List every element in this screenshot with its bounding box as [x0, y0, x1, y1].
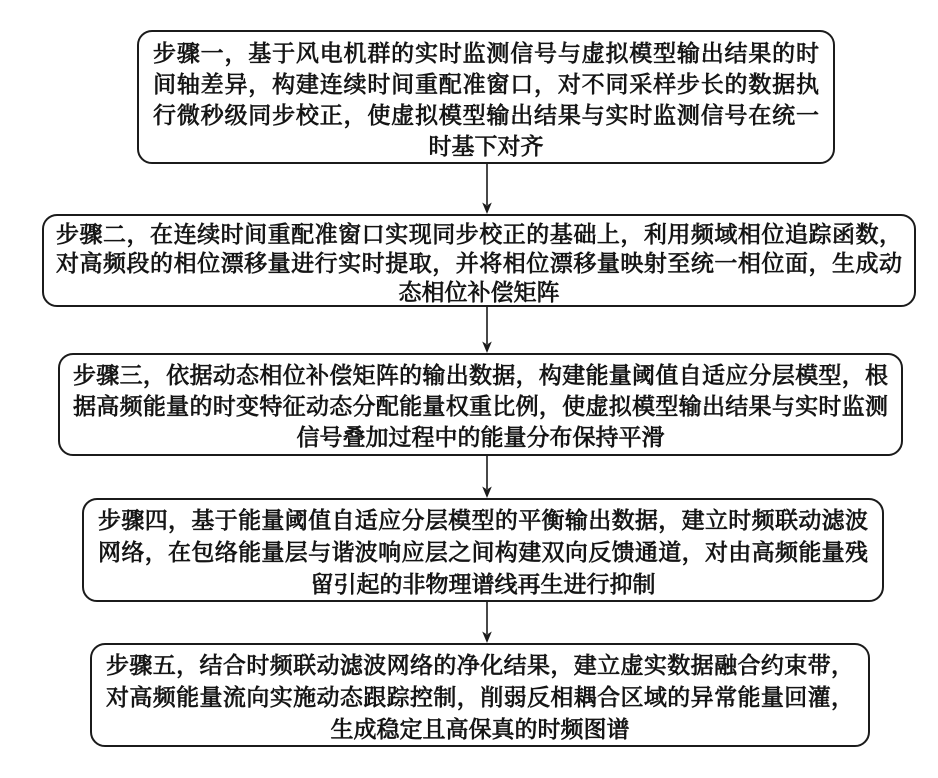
down-arrow-icon [479, 164, 495, 214]
flow-step-3-text: 步骤三，依据动态相位补偿矩阵的输出数据，构建能量阈值自适应分层模型，根据高频能量… [73, 360, 888, 453]
flow-step-5-text: 步骤五，结合时频联动滤波网络的净化结果，建立虚实数据融合约束带，对高频能量流向实… [106, 650, 854, 746]
down-arrow-icon [479, 602, 495, 643]
flow-step-4-text: 步骤四，基于能量阈值自适应分层模型的平衡输出数据，建立时频联动滤波网络，在包络能… [98, 505, 868, 601]
flow-step-3-box: 步骤三，依据动态相位补偿矩阵的输出数据，构建能量阈值自适应分层模型，根据高频能量… [58, 353, 903, 456]
down-arrow-icon [479, 307, 495, 353]
flowchart-canvas: 步骤一，基于风电机群的实时监测信号与虚拟模型输出结果的时间轴差异，构建连续时间重… [0, 0, 938, 778]
flow-step-1-text: 步骤一，基于风电机群的实时监测信号与虚拟模型输出结果的时间轴差异，构建连续时间重… [153, 38, 819, 162]
flow-step-4-box: 步骤四，基于能量阈值自适应分层模型的平衡输出数据，建立时频联动滤波网络，在包络能… [82, 498, 884, 602]
down-arrow-icon [479, 456, 495, 498]
flow-step-2-box: 步骤二，在连续时间重配准窗口实现同步校正的基础上，利用频域相位追踪函数，对高频段… [42, 214, 916, 307]
flow-step-5-box: 步骤五，结合时频联动滤波网络的净化结果，建立虚实数据融合约束带，对高频能量流向实… [90, 643, 870, 747]
flow-step-1-box: 步骤一，基于风电机群的实时监测信号与虚拟模型输出结果的时间轴差异，构建连续时间重… [137, 30, 835, 164]
flow-step-2-text: 步骤二，在连续时间重配准窗口实现同步校正的基础上，利用频域相位追踪函数，对高频段… [56, 220, 902, 307]
